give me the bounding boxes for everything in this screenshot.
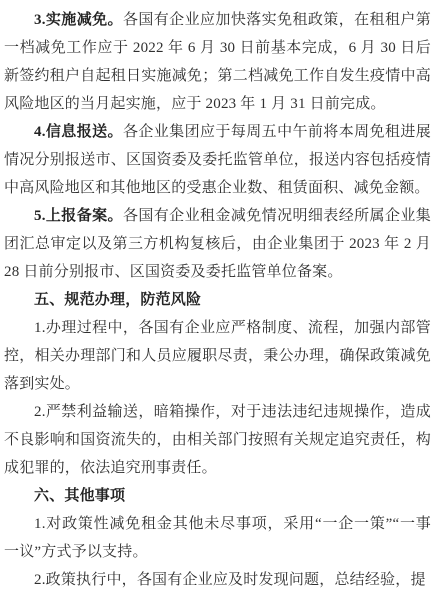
document-page: 3.实施减免。各国有企业应加快落实免租政策，在租租户第一档减免工作应于 2022… — [0, 0, 436, 598]
section-heading-six: 六、其他事项 — [4, 482, 431, 510]
paragraph-info-reporting: 4.信息报送。各企业集团应于每周五中午前将本周免租进展情况分别报送市、区国资委及… — [4, 118, 431, 202]
paragraph-prohibit-misconduct: 2.严禁利益输送，暗箱操作，对于违法违纪违规操作，造成不良影响和国资流失的，由相… — [4, 398, 431, 482]
paragraph-implement-reduction: 3.实施减免。各国有企业应加快落实免租政策，在租租户第一档减免工作应于 2022… — [4, 6, 431, 118]
paragraph-lead: 5.上报备案。 — [34, 208, 123, 224]
paragraph-lead: 4.信息报送。 — [34, 124, 123, 140]
section-heading-five: 五、规范办理，防范风险 — [4, 286, 431, 314]
paragraph-lead: 3.实施减免。 — [34, 12, 123, 28]
paragraph-other-matters: 1.对政策性减免租金其他未尽事项，采用“一企一策”“一事一议”方式予以支持。 — [4, 510, 431, 566]
paragraph-policy-execution: 2.政策执行中，各国有企业应及时发现问题，总结经验，提 — [4, 566, 431, 594]
paragraph-process-control: 1.办理过程中，各国有企业应严格制度、流程，加强内部管控，相关办理部门和人员应履… — [4, 314, 431, 398]
paragraph-filing-record: 5.上报备案。各国有企业租金减免情况明细表经所属企业集团汇总审定以及第三方机构复… — [4, 202, 431, 286]
